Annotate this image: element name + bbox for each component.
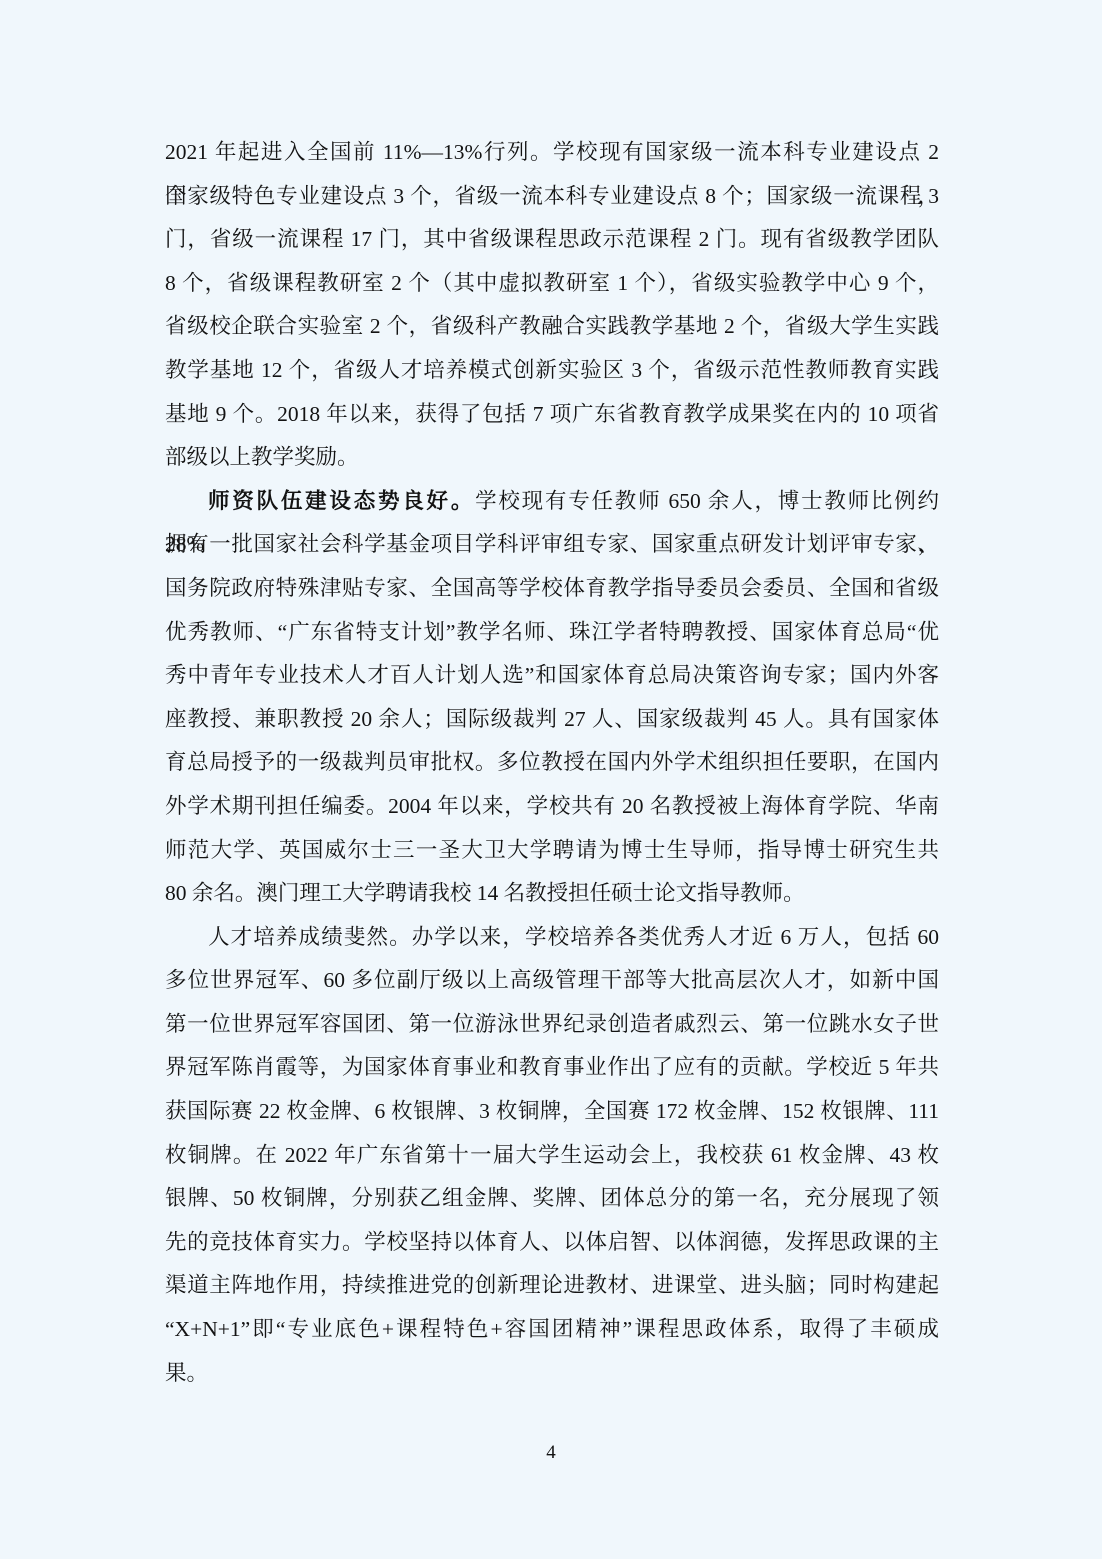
text-line: 国务院政府特殊津贴专家、全国高等学校体育教学指导委员会委员、全国和省级 [165,567,939,611]
text-line: 省级校企联合实验室 2 个，省级科产教融合实践教学基地 2 个，省级大学生实践 [165,305,939,349]
text-line: 人才培养成绩斐然。办学以来，学校培养各类优秀人才近 6 万人，包括 60 [165,916,939,960]
text-line: 2021 年起进入全国前 11%—13%行列。学校现有国家级一流本科专业建设点 … [165,131,939,175]
text-line: 门，省级一流课程 17 门，其中省级课程思政示范课程 2 门。现有省级教学团队 [165,218,939,262]
text-line: 银牌、50 枚铜牌，分别获乙组金牌、奖牌、团体总分的第一名，充分展现了领 [165,1177,939,1221]
text-line: 枚铜牌。在 2022 年广东省第十一届大学生运动会上，我校获 61 枚金牌、43… [165,1134,939,1178]
document-page: 2021 年起进入全国前 11%—13%行列。学校现有国家级一流本科专业建设点 … [0,0,1102,1559]
paragraph: 2021 年起进入全国前 11%—13%行列。学校现有国家级一流本科专业建设点 … [165,131,939,480]
text-line: 教学基地 12 个，省级人才培养模式创新实验区 3 个，省级示范性教师教育实践 [165,349,939,393]
page-number: 4 [0,1442,1102,1464]
text-line: 座教授、兼职教授 20 余人；国际级裁判 27 人、国家级裁判 45 人。具有国… [165,698,939,742]
text-line: 部级以上教学奖励。 [165,436,939,480]
text-line: 果。 [165,1352,939,1396]
text-line: 秀中青年专业技术人才百人计划人选”和国家体育总局决策咨询专家；国内外客 [165,654,939,698]
text-line: 80 余名。澳门理工大学聘请我校 14 名教授担任硕士论文指导教师。 [165,872,939,916]
document-body: 2021 年起进入全国前 11%—13%行列。学校现有国家级一流本科专业建设点 … [165,131,939,1395]
text-line: 优秀教师、“广东省特支计划”教学名师、珠江学者特聘教授、国家体育总局“优 [165,611,939,655]
text-line: 8 个，省级课程教研室 2 个（其中虚拟教研室 1 个），省级实验教学中心 9 … [165,262,939,306]
paragraph: 人才培养成绩斐然。办学以来，学校培养各类优秀人才近 6 万人，包括 60多位世界… [165,916,939,1396]
text-line: 第一位世界冠军容国团、第一位游泳世界纪录创造者戚烈云、第一位跳水女子世 [165,1003,939,1047]
paragraph: 师资队伍建设态势良好。学校现有专任教师 650 余人，博士教师比例约 28%，拥… [165,480,939,916]
text-line: 师资队伍建设态势良好。学校现有专任教师 650 余人，博士教师比例约 28%， [165,480,939,524]
text-line: “X+N+1”即“专业底色+课程特色+容国团精神”课程思政体系，取得了丰硕成 [165,1308,939,1352]
text-line: 外学术期刊担任编委。2004 年以来，学校共有 20 名教授被上海体育学院、华南 [165,785,939,829]
text-line: 渠道主阵地作用，持续推进党的创新理论进教材、进课堂、进头脑；同时构建起 [165,1264,939,1308]
text-line: 育总局授予的一级裁判员审批权。多位教授在国内外学术组织担任要职，在国内 [165,741,939,785]
text-line: 获国际赛 22 枚金牌、6 枚银牌、3 枚铜牌，全国赛 172 枚金牌、152 … [165,1090,939,1134]
text-line: 先的竞技体育实力。学校坚持以体育人、以体启智、以体润德，发挥思政课的主 [165,1221,939,1265]
text-line: 多位世界冠军、60 多位副厅级以上高级管理干部等大批高层次人才，如新中国 [165,959,939,1003]
paragraph-lead-bold: 师资队伍建设态势良好。 [208,489,475,513]
text-line: 国家级特色专业建设点 3 个，省级一流本科专业建设点 8 个；国家级一流课程 3 [165,175,939,219]
text-line: 拥有一批国家社会科学基金项目学科评审组专家、国家重点研发计划评审专家、 [165,523,939,567]
text-line: 界冠军陈肖霞等，为国家体育事业和教育事业作出了应有的贡献。学校近 5 年共 [165,1046,939,1090]
text-line: 师范大学、英国威尔士三一圣大卫大学聘请为博士生导师，指导博士研究生共 [165,829,939,873]
text-line: 基地 9 个。2018 年以来，获得了包括 7 项广东省教育教学成果奖在内的 1… [165,393,939,437]
